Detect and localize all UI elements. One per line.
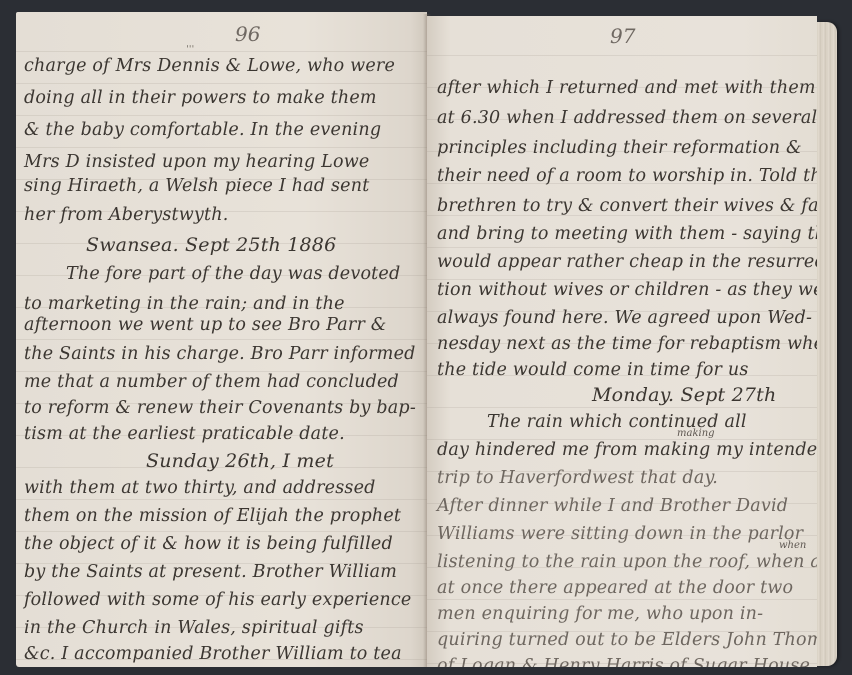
text-line: always found here. We agreed upon Wed-	[437, 308, 812, 328]
open-journal: 96 ˌˌˌ charge of Mrs Dennis & Lowe, who …	[0, 0, 852, 675]
text-line: the Saints in his charge. Bro Parr infor…	[24, 344, 416, 364]
text-line: charge of Mrs Dennis & Lowe, who were	[24, 56, 395, 76]
interlinear-insert: making	[677, 428, 715, 439]
text-line: &c. I accompanied Brother William to tea	[24, 644, 402, 664]
text-line: day hindered me from making my intended	[437, 440, 817, 460]
page-number-left: 96	[235, 22, 260, 46]
text-line: afternoon we went up to see Bro Parr &	[24, 315, 387, 335]
date-heading: Swansea. Sept 25th 1886	[86, 234, 336, 256]
text-line: tism at the earliest praticable date.	[24, 424, 345, 444]
text-line: the tide would come in time for us	[437, 360, 749, 380]
text-line: listening to the rain upon the roof, whe…	[437, 552, 817, 572]
date-heading: Sunday 26th, I met	[146, 450, 334, 472]
text-line: at once there appeared at the door two	[437, 578, 793, 598]
text-line: to marketing in the rain; and in the	[24, 294, 345, 314]
text-line: in the Church in Wales, spiritual gifts	[24, 618, 364, 638]
text-line: tion without wives or children - as they…	[437, 280, 817, 300]
page-edges	[817, 22, 837, 666]
text-line: quiring turned out to be Elders John Tho…	[437, 630, 817, 650]
text-line: After dinner while I and Brother David	[437, 496, 788, 516]
text-line: her from Aberystwyth.	[24, 205, 228, 225]
text-line: The fore part of the day was devoted	[66, 264, 400, 284]
text-line: brethren to try & convert their wives & …	[437, 196, 817, 216]
text-line: doing all in their powers to make them	[24, 88, 377, 108]
text-line: and bring to meeting with them - saying …	[437, 224, 817, 244]
text-line: with them at two thirty, and addressed	[24, 478, 376, 498]
text-line: Williams were sitting down in the parlor	[437, 524, 803, 544]
text-line: to reform & renew their Covenants by bap…	[24, 398, 416, 418]
text-line: of Logan & Henry Harris of Sugar House	[437, 656, 810, 667]
text-line: their need of a room to worship in. Told…	[437, 166, 817, 186]
text-line: would appear rather cheap in the resurre…	[437, 252, 817, 272]
left-page: 96 ˌˌˌ charge of Mrs Dennis & Lowe, who …	[16, 12, 427, 667]
right-page: 97 after which I returned and met with t…	[427, 16, 817, 667]
text-line: Mrs D insisted upon my hearing Lowe	[24, 152, 369, 172]
stray-mark: ˌˌˌ	[186, 38, 194, 49]
page-number-right: 97	[610, 24, 635, 48]
text-line: principles including their reformation &	[437, 138, 802, 158]
text-line: nesday next as the time for rebaptism wh…	[437, 334, 817, 354]
text-line: followed with some of his early experien…	[24, 590, 411, 610]
text-line: sing Hiraeth, a Welsh piece I had sent	[24, 176, 369, 196]
interlinear-insert: when	[779, 540, 806, 551]
text-line: me that a number of them had concluded	[24, 372, 399, 392]
text-line: trip to Haverfordwest that day.	[437, 468, 718, 488]
text-line: by the Saints at present. Brother Willia…	[24, 562, 397, 582]
text-line: the object of it & how it is being fulfi…	[24, 534, 393, 554]
date-heading: Monday. Sept 27th	[592, 384, 776, 406]
text-line: at 6.30 when I addressed them on several	[437, 108, 817, 128]
text-line: after which I returned and met with them	[437, 78, 816, 98]
text-line: & the baby comfortable. In the evening	[24, 120, 381, 140]
text-line: men enquiring for me, who upon in-	[437, 604, 763, 624]
text-line: them on the mission of Elijah the prophe…	[24, 506, 401, 526]
